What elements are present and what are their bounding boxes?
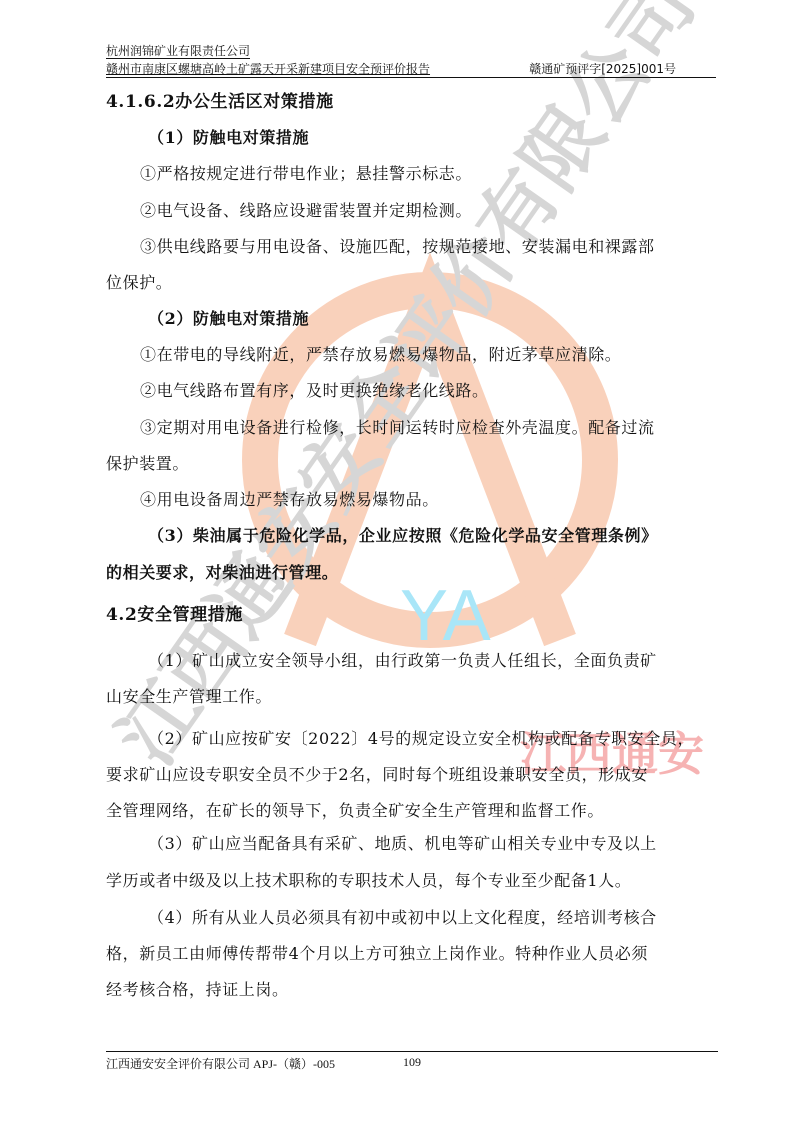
sub2-item-3-cont: 保护装置。: [106, 454, 718, 474]
sub2-item-4: ④用电设备周边严禁存放易燃易爆物品。: [140, 490, 718, 510]
sub3-line-2: 的相关要求，对柴油进行管理。: [106, 563, 718, 583]
section-heading: 4.1.6.2办公生活区对策措施: [106, 92, 718, 112]
mgmt-4: （4）所有从业人员必须具有初中或初中以上文化程度，经培训考核合: [148, 908, 718, 928]
mgmt-1-cont: 山安全生产管理工作。: [106, 687, 718, 707]
sub2-item-3: ③定期对用电设备进行检修，长时间运转时应检查外壳温度。配备过流: [140, 418, 718, 438]
mgmt-4-cont-2: 经考核合格，持证上岗。: [106, 980, 718, 1000]
document-page: YA 江西通安安全评价有限公司 江西通安 杭州润锦矿业有限责任公司 赣州市南康区…: [0, 0, 793, 1122]
header-company: 杭州润锦矿业有限责任公司: [106, 44, 716, 58]
section2-heading: 4.2安全管理措施: [106, 605, 718, 625]
sub1-item-3: ③供电线路要与用电设备、设施匹配，按规范接地、安装漏电和裸露部: [140, 237, 718, 257]
mgmt-2-cont-1: 要求矿山应设专职安全员不少于2名，同时每个班组设兼职安全员，形成安: [106, 765, 718, 785]
mgmt-3-cont: 学历或者中级及以上技术职称的专职技术人员，每个专业至少配备1人。: [106, 871, 718, 891]
footer-divider: [106, 1051, 718, 1052]
sub2-item-2: ②电气线路布置有序，及时更换绝缘老化线路。: [140, 381, 718, 401]
mgmt-3: （3）矿山应当配备具有采矿、地质、机电等矿山相关专业中专及以上: [148, 834, 718, 854]
mgmt-2-cont-2: 全管理网络，在矿长的领导下，负责全矿安全生产管理和监督工作。: [106, 801, 718, 821]
mgmt-4-cont-1: 格，新员工由师傅传帮带4个月以上方可独立上岗作业。特种作业人员必须: [106, 944, 718, 964]
sub1-item-2: ②电气设备、线路应设避雷装置并定期检测。: [140, 201, 718, 221]
header-line: 赣州市南康区螺塘高岭土矿露天开采新建项目安全预评价报告 赣通矿预评字[2025]…: [106, 62, 716, 78]
sub1-title: （1）防触电对策措施: [148, 128, 718, 148]
mgmt-2: （2）矿山应按矿安〔2022〕4号的规定设立安全机构或配备专职安全员，: [148, 729, 718, 749]
sub1-item-1: ①严格按规定进行带电作业；悬挂警示标志。: [140, 164, 718, 184]
report-title: 赣州市南康区螺塘高岭土矿露天开采新建项目安全预评价报告: [106, 62, 430, 76]
page-number: 109: [403, 1055, 421, 1070]
sub2-item-1: ①在带电的导线附近，严禁存放易燃易爆物品，附近茅草应清除。: [140, 345, 718, 365]
footer-company: 江西通安安全评价有限公司 APJ-（赣）-005: [106, 1055, 335, 1072]
mgmt-1: （1）矿山成立安全领导小组，由行政第一负责人任组长，全面负责矿: [148, 651, 718, 671]
doc-number: 赣通矿预评字[2025]001号: [529, 62, 676, 76]
sub1-item-3-cont: 位保护。: [106, 273, 718, 293]
sub2-title: （2）防触电对策措施: [148, 309, 718, 329]
sub3-line-1: （3）柴油属于危险化学品，企业应按照《危险化学品安全管理条例》: [148, 526, 718, 546]
